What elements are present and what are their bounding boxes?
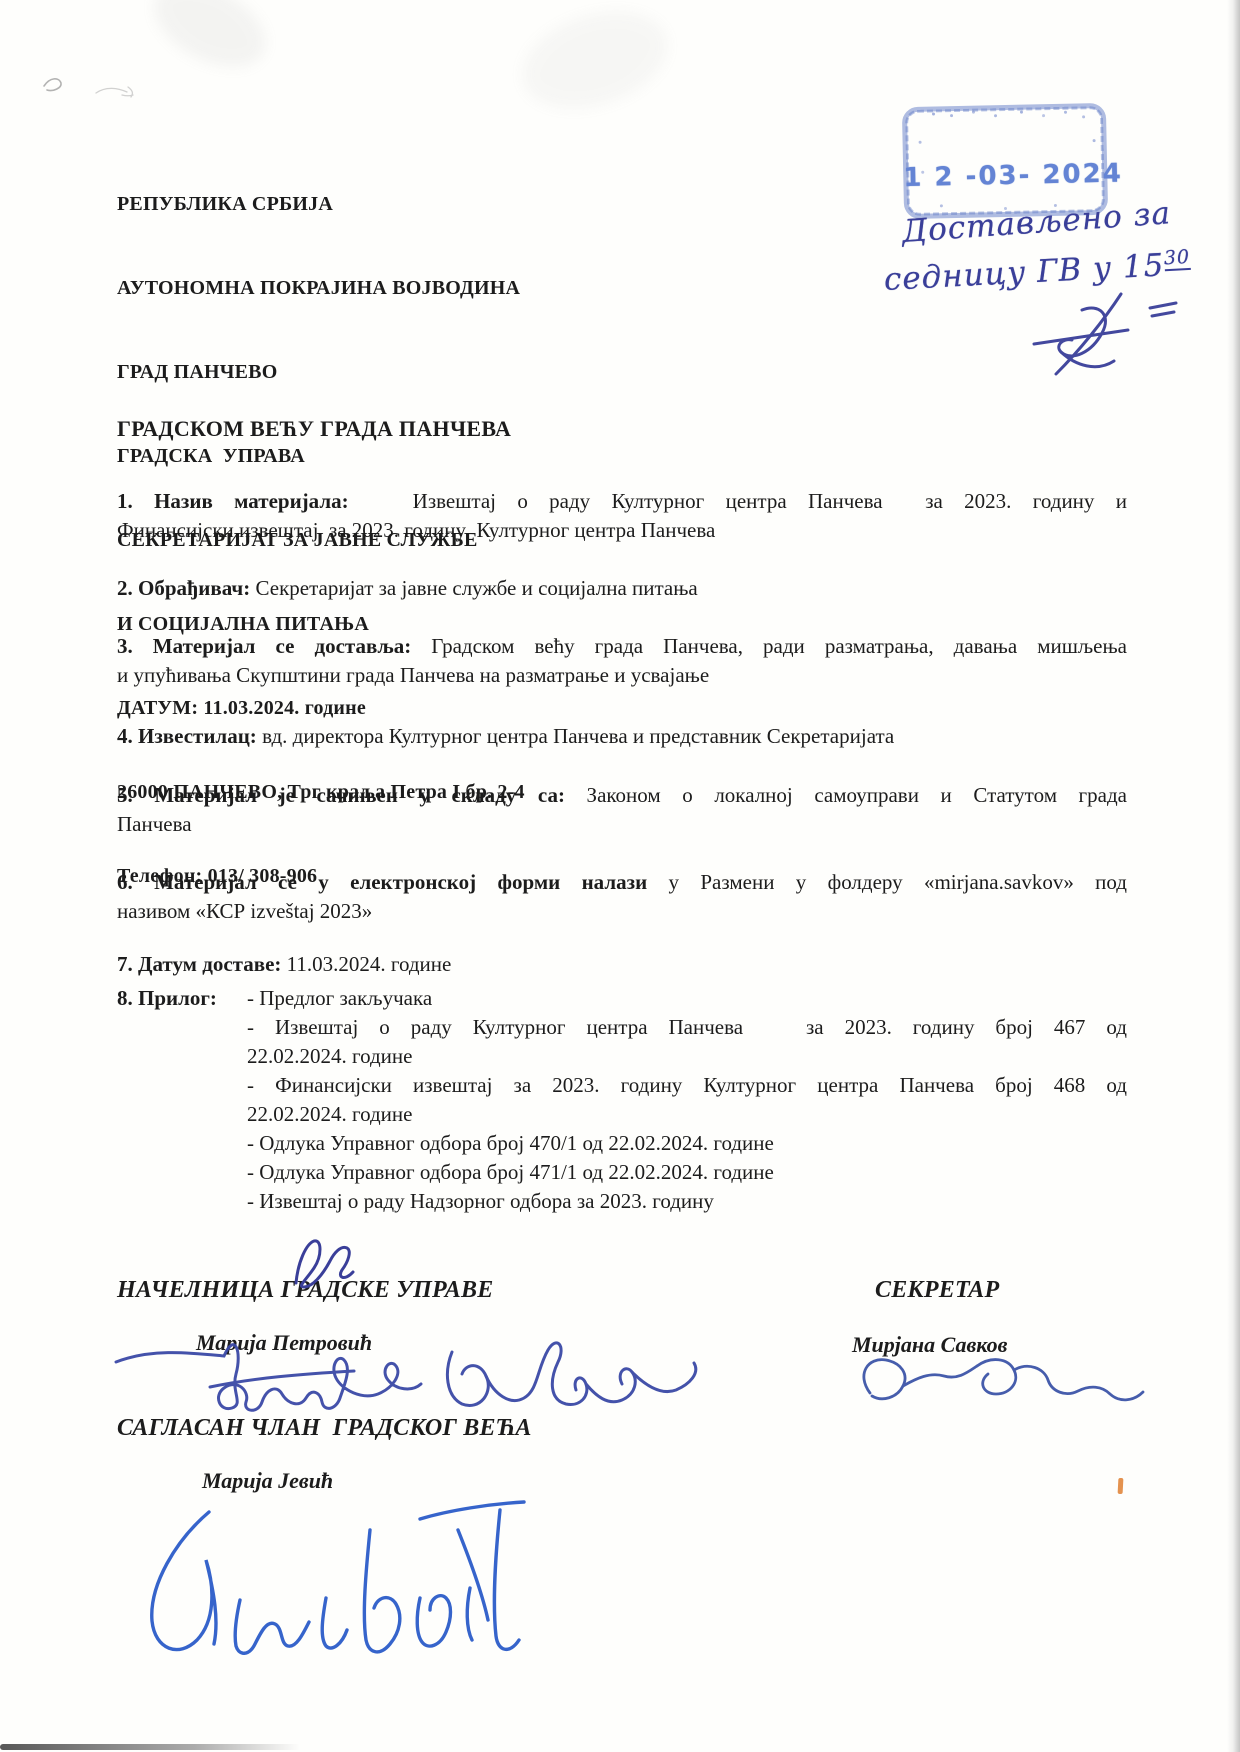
attachment-line: - Предлог закључака xyxy=(247,984,1127,1013)
signer-title-saglasan-clan: САГЛАСАН ЧЛАН ГРАДСКОГ ВЕЋА xyxy=(117,1415,532,1442)
attachment-line: - Извештај о раду Надзорног одбора за 20… xyxy=(247,1187,1127,1216)
scan-edge-mark-bottom xyxy=(0,1744,300,1750)
stamp-date: 1 2 -03- 2024 xyxy=(903,159,1108,193)
item-1-naziv-materijala: 1. Назив материјала: Извештај о раду Кул… xyxy=(117,487,1127,545)
letterhead-line: АУТОНОМНА ПОКРАЈИНА ВОЈВОДИНА xyxy=(117,274,525,302)
recipient-title: ГРАДСКОМ ВЕЋУ ГРАДА ПАНЧЕВА xyxy=(117,416,511,442)
item-2-obradjivac: 2. Обрађивач: Секретаријат за јавне служ… xyxy=(117,574,1127,603)
attachment-line: - Одлука Управног одбора број 471/1 од 2… xyxy=(247,1158,1127,1187)
attachment-line: - Финансијски извештај за 2023. годину К… xyxy=(247,1071,1127,1100)
attachments-label: 8. Прилог: xyxy=(117,984,247,1216)
attachment-line: - Извештај о раду Културног центра Панче… xyxy=(247,1013,1127,1042)
handwritten-superscript: 30 xyxy=(1163,246,1190,271)
handwritten-note-line2: седницу ГВ у 1530 xyxy=(883,246,1191,298)
letterhead-line: ГРАДСКА УПРАВА xyxy=(117,442,525,470)
scan-smudge xyxy=(510,0,680,126)
signer-name-jevic: Марија Јевић xyxy=(202,1468,333,1494)
signer-title-sekretar: СЕКРЕТАР xyxy=(875,1277,999,1304)
scanned-document-page: РЕПУБЛИКА СРБИЈА АУТОНОМНА ПОКРАЈИНА ВОЈ… xyxy=(0,0,1240,1752)
item-3-materijal-se-dostavlja: 3. Материјал се доставља: Градском већу … xyxy=(117,632,1127,690)
item-6-elektronska-forma: 6. Материјал се у електронској форми нал… xyxy=(117,868,1127,926)
signature-jevic xyxy=(152,1502,524,1653)
signer-title-nacelnica: НАЧЕЛНИЦА ГРАДСКЕ УПРАВЕ xyxy=(117,1277,493,1304)
scan-smudge xyxy=(141,0,280,84)
letterhead-line: РЕПУБЛИКА СРБИЈА xyxy=(117,190,525,218)
attachment-line: 22.02.2024. године xyxy=(247,1042,1127,1071)
pencil-mark-icon xyxy=(44,79,61,91)
item-8-prilog: 8. Прилог: - Предлог закључака - Извешта… xyxy=(117,984,1127,1216)
signer-name-savkov: Мирјана Савков xyxy=(852,1332,1007,1358)
pencil-squiggle-icon xyxy=(96,87,133,97)
signer-name-petrovic: Марија Петровић xyxy=(196,1330,372,1356)
item-5-sacinjen-u-skladu: 5. Материјал је сачињен у складу са: Зак… xyxy=(117,781,1127,839)
attachment-line: - Одлука Управног одбора број 470/1 од 2… xyxy=(247,1129,1127,1158)
item-4-izvestilac: 4. Известилац: вд. директора Културног ц… xyxy=(117,722,1127,751)
orange-pen-tick xyxy=(1118,1478,1124,1494)
item-7-datum-dostave: 7. Датум доставе: 11.03.2024. године xyxy=(117,950,1127,979)
letterhead-line: ГРАД ПАНЧЕВО xyxy=(117,358,525,386)
letterhead-line: ДАТУМ: 11.03.2024. године xyxy=(117,694,525,722)
attachments-list: - Предлог закључака - Извештај о раду Ку… xyxy=(247,984,1127,1216)
scan-edge-shadow-right xyxy=(1227,0,1240,1752)
attachment-line: 22.02.2024. године xyxy=(247,1100,1127,1129)
receipt-initials-signature xyxy=(1034,294,1176,374)
stamp-ink-speckles xyxy=(932,112,935,115)
signature-savkov xyxy=(864,1360,1143,1400)
